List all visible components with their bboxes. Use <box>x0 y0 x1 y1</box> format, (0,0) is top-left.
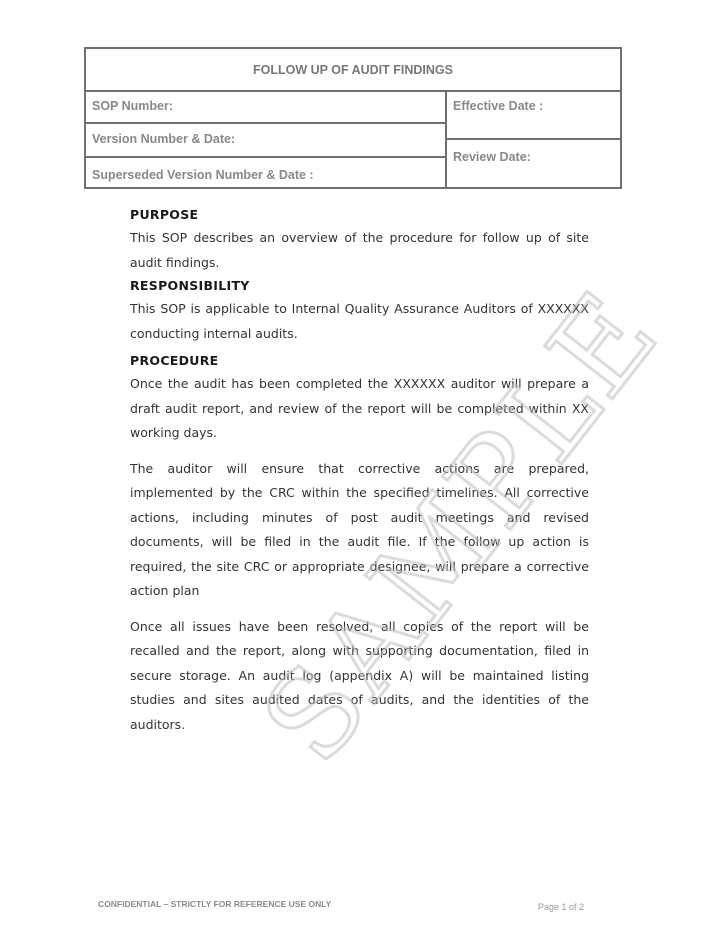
purpose-text: This SOP describes an overview of the pr… <box>130 226 589 275</box>
sop-header-table: FOLLOW UP OF AUDIT FINDINGS SOP Number: … <box>84 47 622 189</box>
procedure-heading: PROCEDURE <box>130 350 589 372</box>
purpose-heading: PURPOSE <box>130 204 589 226</box>
document-title: FOLLOW UP OF AUDIT FINDINGS <box>86 49 620 92</box>
version-number-field: Version Number & Date: <box>86 124 445 158</box>
page-number: Page 1 of 2 <box>538 902 584 912</box>
confidential-footer: CONFIDENTIAL – STRICTLY FOR REFERENCE US… <box>98 899 331 909</box>
effective-date-field: Effective Date : <box>447 92 620 140</box>
sop-number-field: SOP Number: <box>86 92 445 124</box>
review-date-field: Review Date: <box>447 140 620 187</box>
procedure-paragraph: The auditor will ensure that corrective … <box>130 457 589 604</box>
superseded-version-field: Superseded Version Number & Date : <box>86 158 445 187</box>
document-body: PURPOSE This SOP describes an overview o… <box>130 204 589 737</box>
header-left-column: SOP Number: Version Number & Date: Super… <box>86 92 447 187</box>
responsibility-text: This SOP is applicable to Internal Quali… <box>130 297 589 346</box>
procedure-paragraph: Once all issues have been resolved, all … <box>130 615 589 738</box>
header-right-column: Effective Date : Review Date: <box>447 92 620 187</box>
responsibility-heading: RESPONSIBILITY <box>130 275 589 297</box>
procedure-paragraph: Once the audit has been completed the XX… <box>130 372 589 446</box>
